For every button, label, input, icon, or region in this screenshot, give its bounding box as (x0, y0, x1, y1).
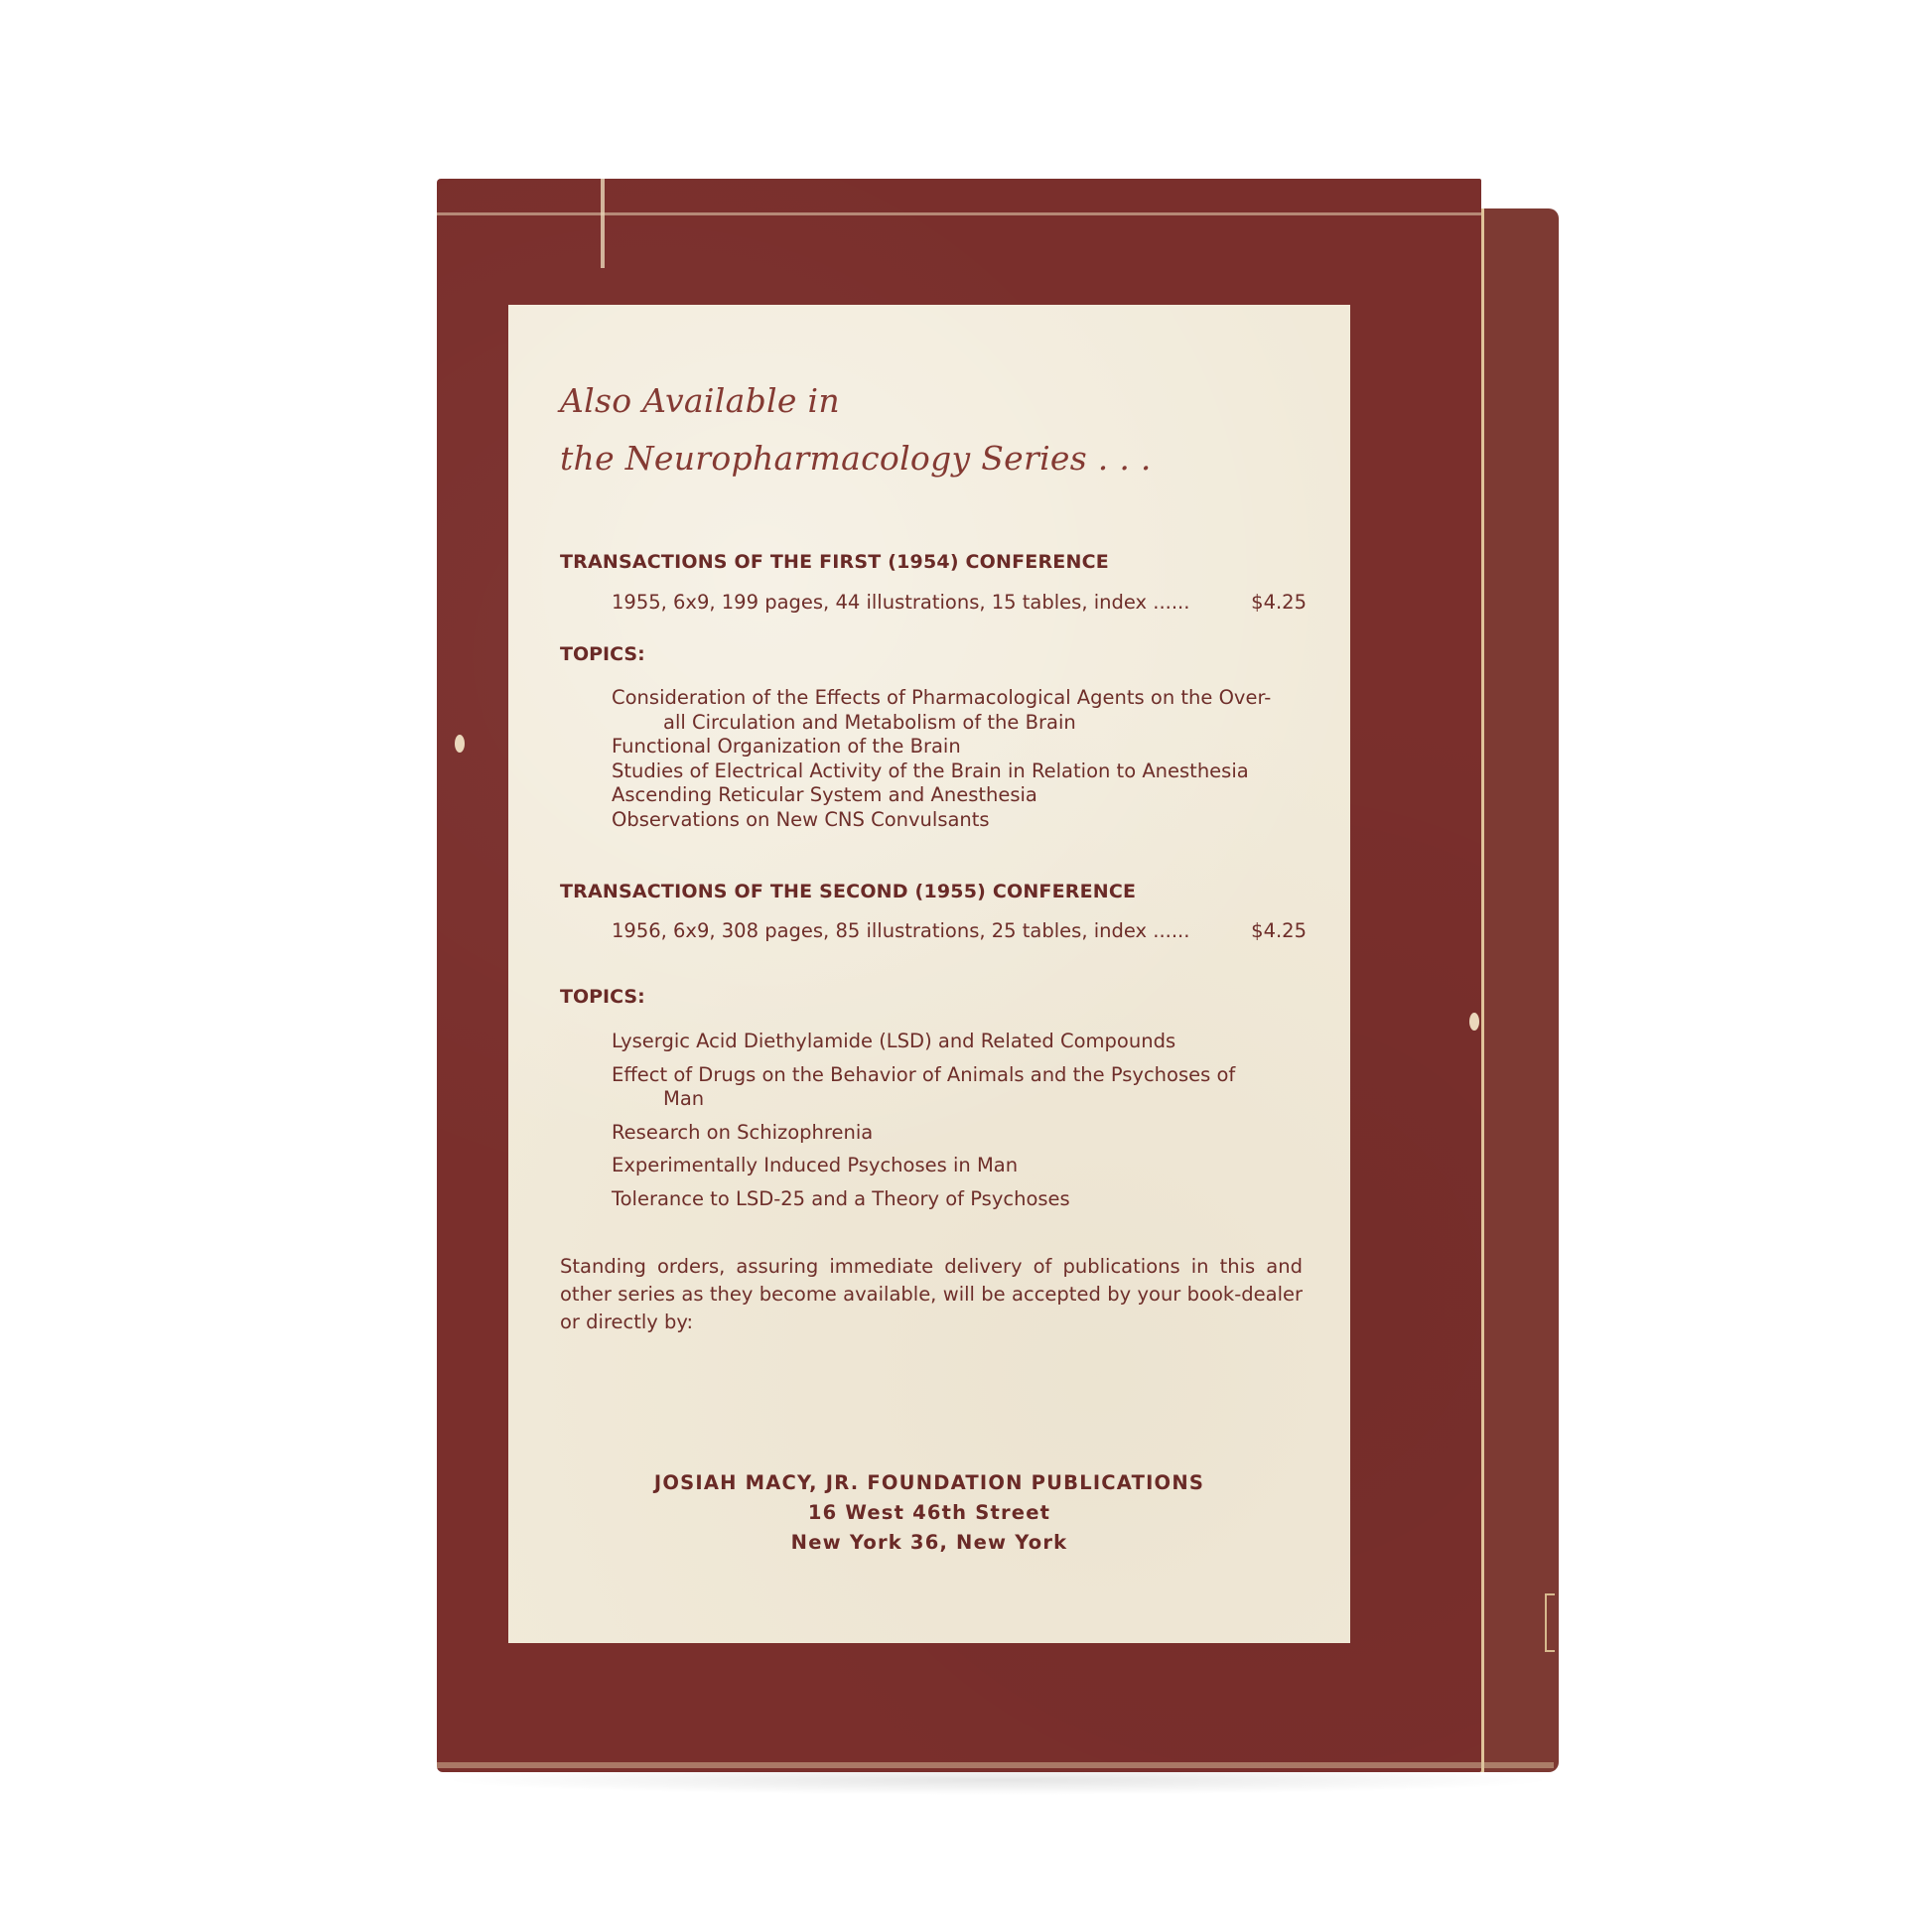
title-line-2: the Neuropharmacology Series . . . (560, 430, 1152, 487)
publisher-name: JOSIAH MACY, JR. FOUNDATION PUBLICATIONS (508, 1468, 1350, 1498)
topics-list-second: Lysergic Acid Diethylamide (LSD) and Rel… (612, 1030, 1307, 1220)
topic-item: Ascending Reticular System and Anesthesi… (612, 783, 1307, 808)
topic-item: Functional Organization of the Brain (612, 735, 1307, 759)
topics-label: TOPICS: (560, 986, 645, 1008)
spec-text: 1955, 6x9, 199 pages, 44 illustrations, … (612, 591, 1189, 614)
title-line-1: Also Available in (560, 372, 1152, 430)
price: $4.25 (1251, 591, 1307, 614)
topic-item: Research on Schizophrenia (612, 1121, 1307, 1146)
spine-mark (1545, 1593, 1555, 1652)
section-heading-second-conference: TRANSACTIONS OF THE SECOND (1955) CONFER… (560, 881, 1136, 902)
publisher-block: JOSIAH MACY, JR. FOUNDATION PUBLICATIONS… (508, 1468, 1350, 1558)
spec-text: 1956, 6x9, 308 pages, 85 illustrations, … (612, 919, 1189, 942)
text-panel: Also Available in the Neuropharmacology … (508, 305, 1350, 1643)
section-heading-first-conference: TRANSACTIONS OF THE FIRST (1954) CONFERE… (560, 551, 1109, 573)
publisher-street: 16 West 46th Street (508, 1498, 1350, 1528)
top-edge-wear (437, 179, 1481, 215)
topic-item: Consideration of the Effects of Pharmaco… (612, 686, 1307, 735)
edge-chip-left (455, 735, 465, 753)
bottom-edge-wear (437, 1762, 1554, 1768)
publisher-city: New York 36, New York (508, 1528, 1350, 1558)
topic-item: Lysergic Acid Diethylamide (LSD) and Rel… (612, 1030, 1307, 1054)
spec-line-second-conference: 1956, 6x9, 308 pages, 85 illustrations, … (612, 919, 1307, 942)
spec-line-first-conference: 1955, 6x9, 199 pages, 44 illustrations, … (612, 591, 1307, 614)
edge-chip (1469, 1013, 1479, 1031)
topic-item: Experimentally Induced Psychoses in Man (612, 1154, 1307, 1178)
topic-item: Studies of Electrical Activity of the Br… (612, 759, 1307, 784)
series-title: Also Available in the Neuropharmacology … (560, 372, 1152, 487)
book-spine (1479, 208, 1559, 1772)
jacket-tear (601, 179, 605, 268)
standing-orders-text: Standing orders, assuring immediate deli… (560, 1253, 1303, 1336)
price: $4.25 (1251, 919, 1307, 942)
topics-list-first: Consideration of the Effects of Pharmaco… (612, 686, 1307, 832)
topic-item: Tolerance to LSD-25 and a Theory of Psyc… (612, 1187, 1307, 1212)
topic-item: Observations on New CNS Convulsants (612, 808, 1307, 833)
topic-item: Effect of Drugs on the Behavior of Anima… (612, 1063, 1307, 1112)
topics-label: TOPICS: (560, 643, 645, 665)
